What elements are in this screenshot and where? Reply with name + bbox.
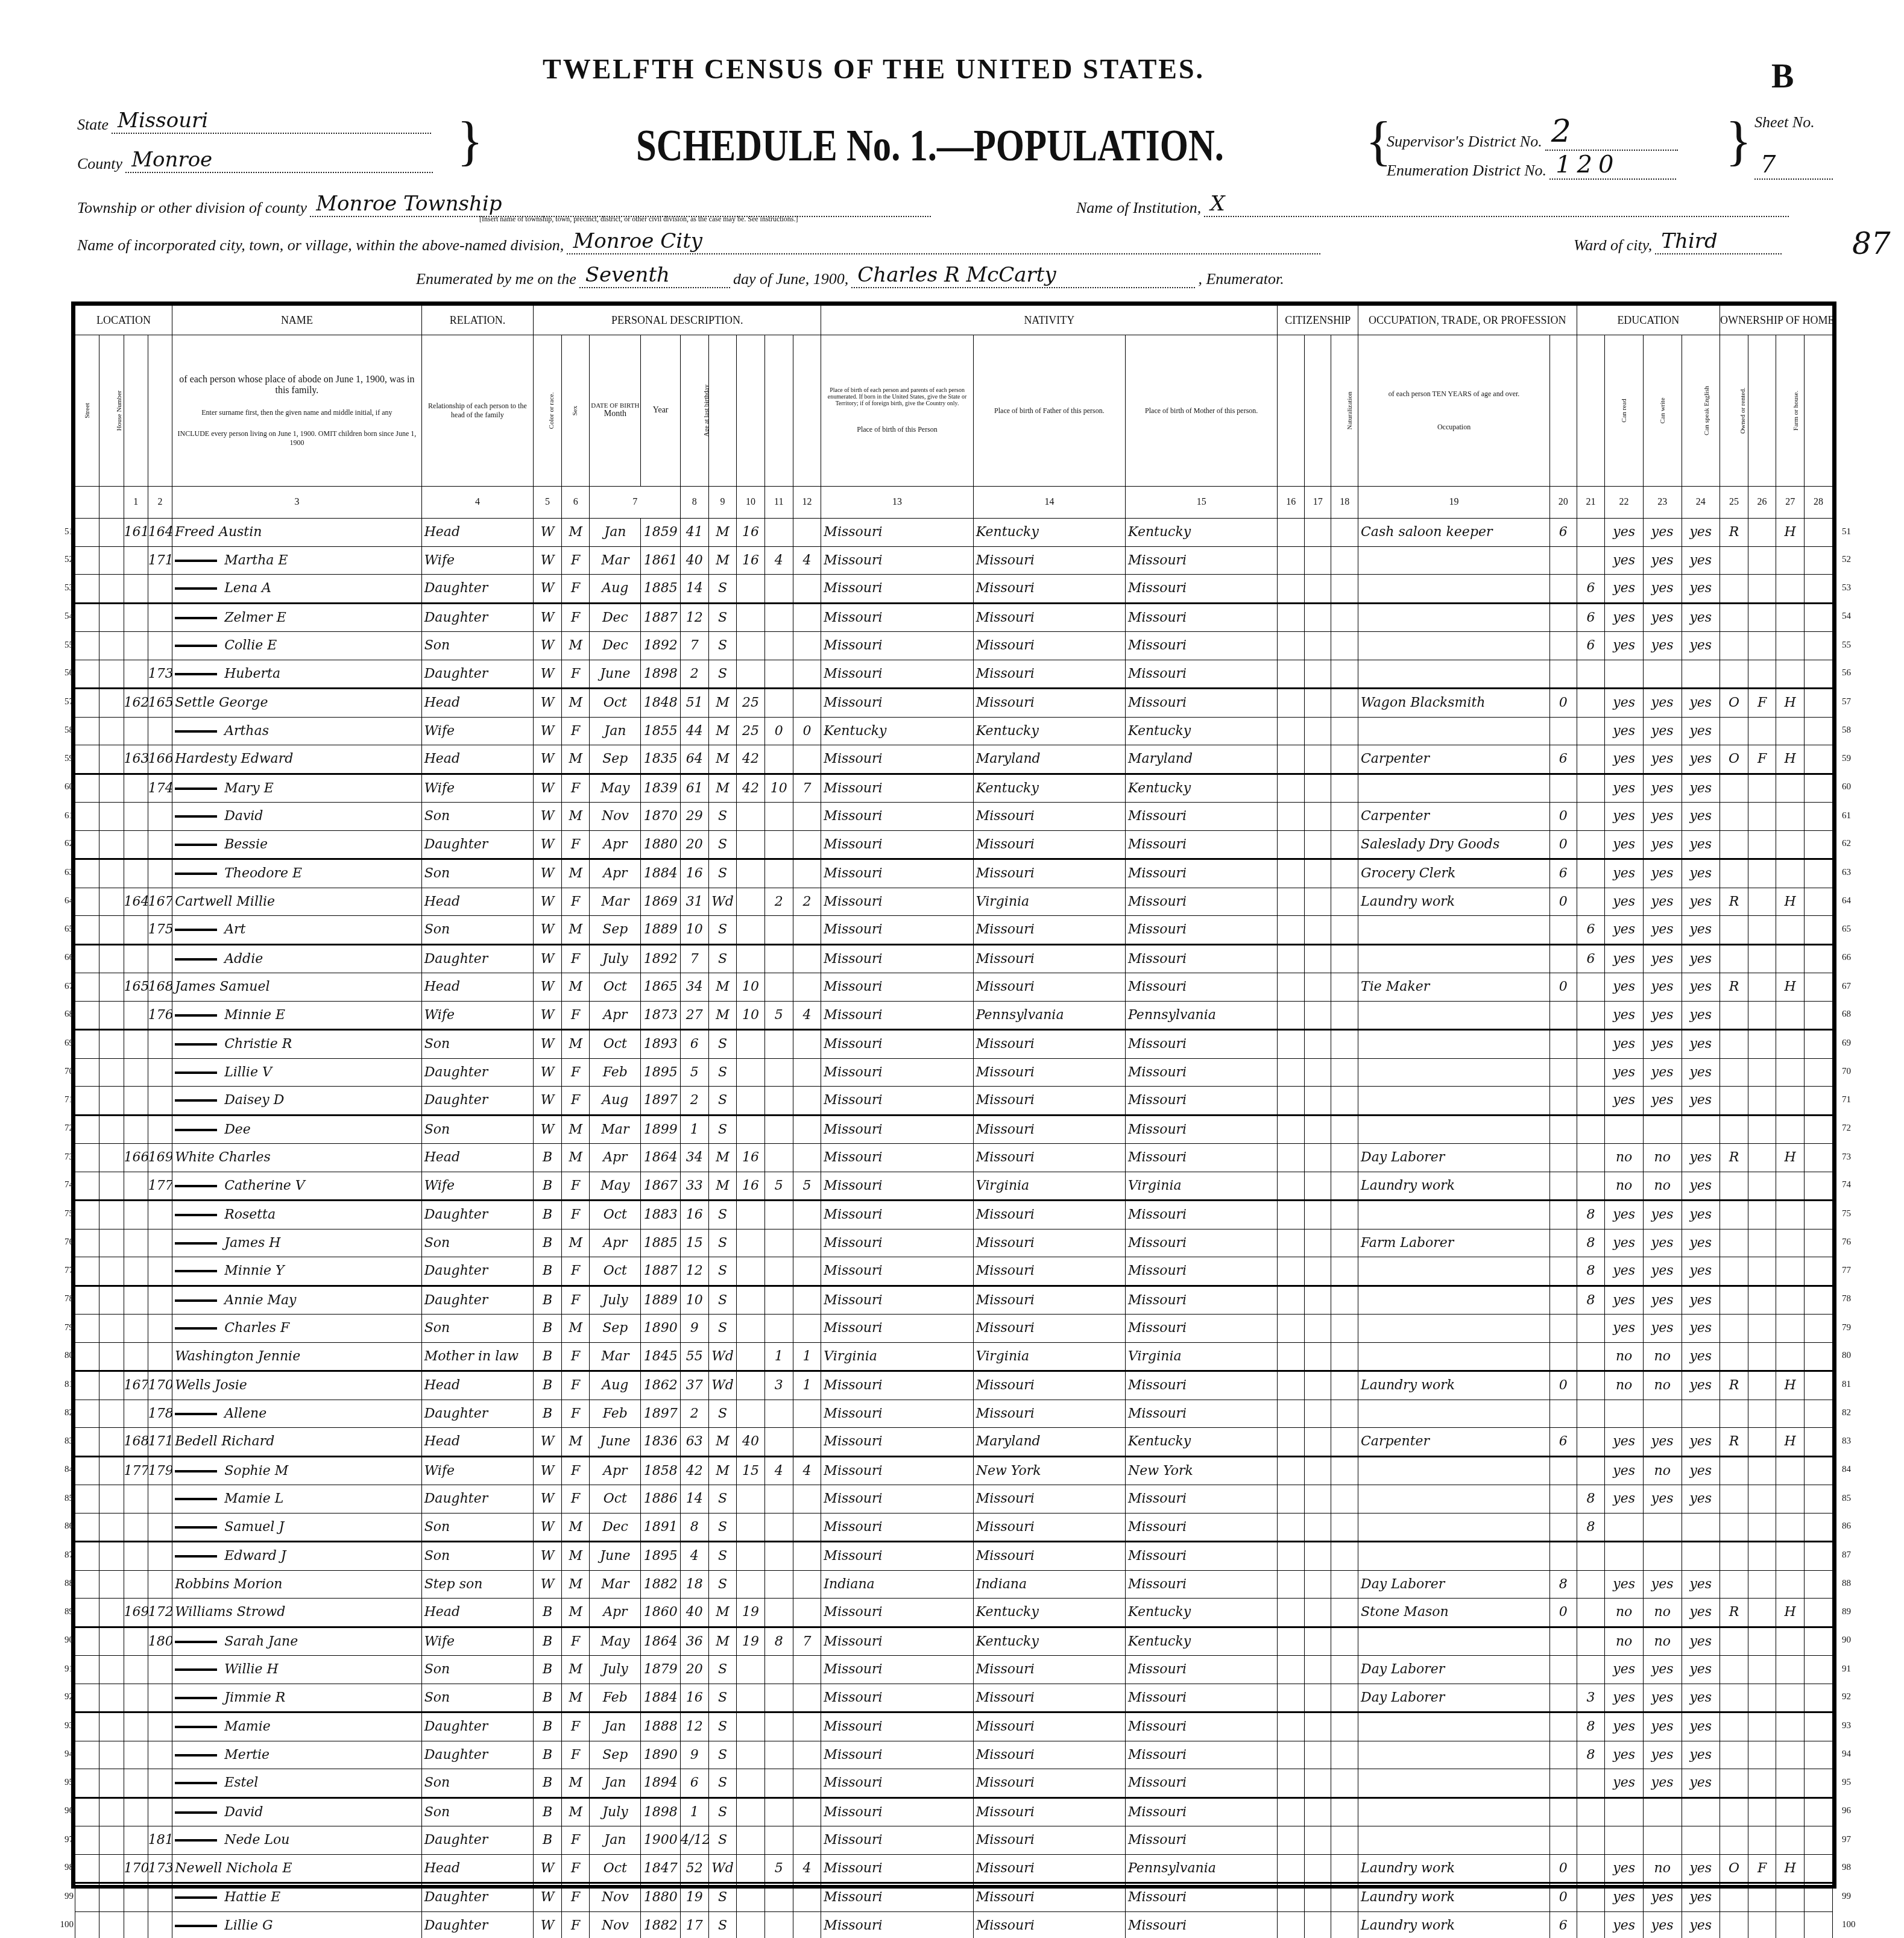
cell-rel: Wife <box>421 1627 534 1656</box>
ditto-dash <box>175 1014 217 1017</box>
cell-farm <box>1776 774 1805 803</box>
line-number: 58 <box>1842 725 1851 736</box>
cell-rel: Daughter <box>421 944 534 973</box>
cell-month: Oct <box>590 973 641 1002</box>
col-school: Attended school (in months) <box>1577 335 1605 487</box>
cell-h <box>99 1798 124 1826</box>
col-years-married: Number of years married <box>737 335 765 487</box>
cell-fam: 165 <box>148 689 172 718</box>
cell-fs <box>1805 745 1833 774</box>
cell-mort <box>1748 803 1776 831</box>
cell-month: Feb <box>590 1058 641 1087</box>
cell-mar: S <box>708 1542 737 1571</box>
cell-month: Apr <box>590 1456 641 1485</box>
cell-mar: S <box>708 575 737 604</box>
cell-cl: 7 <box>793 774 821 803</box>
cell-year: 1892 <box>641 944 681 973</box>
cell-read: no <box>1605 1172 1644 1201</box>
cell-dw: 177 <box>124 1456 148 1485</box>
cell-mar: S <box>708 1656 737 1684</box>
cell-farm <box>1776 1400 1805 1428</box>
cell-write: no <box>1643 1371 1682 1400</box>
cell-mpob: Missouri <box>1126 1257 1278 1286</box>
cell-sex: M <box>561 1684 590 1712</box>
cell-y <box>1304 575 1331 604</box>
cell-mu <box>1550 1769 1577 1798</box>
cell-n <box>1331 1769 1358 1798</box>
cell-sex: M <box>561 859 590 888</box>
cell-sex: F <box>561 546 590 575</box>
ward-value: Third <box>1655 229 1782 254</box>
ditto-dash <box>175 1526 217 1529</box>
cell-name: Allene <box>172 1400 422 1428</box>
cell-mu <box>1550 1712 1577 1741</box>
cell-y <box>1304 1201 1331 1229</box>
cell-dw <box>124 1315 148 1343</box>
cell-read: no <box>1605 1599 1644 1627</box>
cell-year: 1882 <box>641 1570 681 1599</box>
cell-month: July <box>590 1656 641 1684</box>
cell-mpob: Pennsylvania <box>1126 1001 1278 1030</box>
cell-year: 1858 <box>641 1456 681 1485</box>
cell-mpob: Pennsylvania <box>1126 1854 1278 1883</box>
cell-i <box>1278 916 1305 945</box>
cell-h <box>99 1201 124 1229</box>
cell-mort <box>1748 1172 1776 1201</box>
cell-cl <box>793 1485 821 1513</box>
cell-ym <box>737 944 765 973</box>
cell-sch: 8 <box>1577 1257 1605 1286</box>
cell-fs <box>1805 1513 1833 1542</box>
cell-s <box>75 1371 99 1400</box>
line-number: 76 <box>58 1237 74 1248</box>
cell-y <box>1304 546 1331 575</box>
cell-s <box>75 1513 99 1542</box>
cell-cl <box>793 1911 821 1938</box>
cell-mpob: Missouri <box>1126 1144 1278 1172</box>
cell-year: 1839 <box>641 774 681 803</box>
cell-mort <box>1748 859 1776 888</box>
cell-farm <box>1776 1342 1805 1371</box>
table-row: Hattie EDaughterWFNov188019SMissouriMiss… <box>75 1883 1833 1912</box>
table-row: Robbins MorionStep sonWMMar188218SIndian… <box>75 1570 1833 1599</box>
cell-read: yes <box>1605 1257 1644 1286</box>
cell-ym: 16 <box>737 1172 765 1201</box>
cell-sex: M <box>561 803 590 831</box>
cell-rel: Son <box>421 859 534 888</box>
cell-s <box>75 1428 99 1457</box>
cell-fam: 177 <box>148 1172 172 1201</box>
table-row: Annie MayDaughterBFJuly188910SMissouriMi… <box>75 1286 1833 1315</box>
cell-moc: 4 <box>764 1456 793 1485</box>
cell-occ: Day Laborer <box>1358 1684 1550 1712</box>
cell-i <box>1278 745 1305 774</box>
cell-h <box>99 859 124 888</box>
cell-occ <box>1358 1115 1550 1144</box>
cell-occ: Laundry work <box>1358 1911 1550 1938</box>
cell-mu <box>1550 575 1577 604</box>
cell-occ <box>1358 1485 1550 1513</box>
cell-sex: F <box>561 1400 590 1428</box>
cell-mar: Wd <box>708 888 737 916</box>
cell-sch <box>1577 1826 1605 1855</box>
cell-fpob: Missouri <box>973 1883 1125 1912</box>
col-street: Street <box>75 335 99 487</box>
cell-pob: Kentucky <box>821 717 973 745</box>
cell-year: 1859 <box>641 519 681 547</box>
cell-h <box>99 774 124 803</box>
cell-mpob: Kentucky <box>1126 1627 1278 1656</box>
brace-left: } <box>457 115 483 169</box>
cell-rel: Daughter <box>421 1485 534 1513</box>
cell-fam <box>148 1570 172 1599</box>
cell-sex: M <box>561 1513 590 1542</box>
line-number: 66 <box>1842 953 1851 963</box>
cell-sch: 8 <box>1577 1485 1605 1513</box>
cell-pob: Missouri <box>821 603 973 632</box>
cell-y <box>1304 1684 1331 1712</box>
cell-eng <box>1682 1513 1720 1542</box>
cell-month: Jan <box>590 1712 641 1741</box>
cell-i <box>1278 1229 1305 1257</box>
cell-occ <box>1358 1741 1550 1769</box>
cell-sch <box>1577 1542 1605 1571</box>
table-row: Lillie GDaughterWFNov188217SMissouriMiss… <box>75 1911 1833 1938</box>
line-number: 60 <box>58 782 74 792</box>
cell-n <box>1331 1570 1358 1599</box>
column-number: 21 <box>1577 487 1605 519</box>
cell-fam <box>148 1115 172 1144</box>
col-pob-father: Place of birth of Father of this person. <box>973 335 1125 487</box>
cell-read <box>1605 1798 1644 1826</box>
cell-eng: yes <box>1682 1342 1720 1371</box>
column-number: 28 <box>1805 487 1833 519</box>
cell-fpob: Missouri <box>973 1712 1125 1741</box>
cell-farm <box>1776 1911 1805 1938</box>
cell-dw <box>124 1883 148 1912</box>
cell-pob: Missouri <box>821 1428 973 1457</box>
cell-read: yes <box>1605 717 1644 745</box>
line-number: 60 <box>1842 782 1851 792</box>
cell-write: yes <box>1643 1741 1682 1769</box>
cell-eng: yes <box>1682 1371 1720 1400</box>
cell-i <box>1278 1712 1305 1741</box>
cell-name: Willie H <box>172 1656 422 1684</box>
cell-h <box>99 660 124 689</box>
cell-mort <box>1748 774 1776 803</box>
cell-ym <box>737 888 765 916</box>
cell-fpob: Missouri <box>973 1684 1125 1712</box>
cell-moc <box>764 660 793 689</box>
cell-color: W <box>534 1485 562 1513</box>
cell-read: yes <box>1605 1315 1644 1343</box>
cell-own <box>1720 859 1748 888</box>
cell-fs <box>1805 916 1833 945</box>
cell-mu <box>1550 1741 1577 1769</box>
cell-month: June <box>590 1542 641 1571</box>
cell-s <box>75 717 99 745</box>
cell-rel: Daughter <box>421 1087 534 1116</box>
cell-moc <box>764 1883 793 1912</box>
cell-name: Freed Austin <box>172 519 422 547</box>
cell-n <box>1331 1485 1358 1513</box>
ditto-dash <box>175 1697 217 1699</box>
cell-eng: yes <box>1682 1201 1720 1229</box>
cell-sch <box>1577 973 1605 1002</box>
cell-year: 1895 <box>641 1058 681 1087</box>
cell-fam <box>148 1315 172 1343</box>
cell-eng: yes <box>1682 632 1720 660</box>
cell-name: Jimmie R <box>172 1684 422 1712</box>
line-number: 71 <box>1842 1095 1851 1105</box>
cell-age: 5 <box>681 1058 709 1087</box>
cell-i <box>1278 632 1305 660</box>
cell-read: yes <box>1605 1684 1644 1712</box>
cell-fam <box>148 1342 172 1371</box>
cell-pob: Missouri <box>821 546 973 575</box>
cell-ym <box>737 859 765 888</box>
cell-pob: Missouri <box>821 1001 973 1030</box>
cell-y <box>1304 944 1331 973</box>
ditto-dash <box>175 1754 217 1757</box>
cell-n <box>1331 1400 1358 1428</box>
cell-color: W <box>534 1513 562 1542</box>
cell-fam: 166 <box>148 745 172 774</box>
cell-i <box>1278 1684 1305 1712</box>
cell-mar: S <box>708 1257 737 1286</box>
cell-fpob: Virginia <box>973 1172 1125 1201</box>
ditto-dash <box>175 1925 217 1927</box>
table-row: 175ArtSonWMSep188910SMissouriMissouriMis… <box>75 916 1833 945</box>
cell-name: Sophie M <box>172 1456 422 1485</box>
cell-eng: yes <box>1682 1854 1720 1883</box>
cell-n <box>1331 1883 1358 1912</box>
cell-moc <box>764 1769 793 1798</box>
cell-fs <box>1805 830 1833 859</box>
cell-write: yes <box>1643 859 1682 888</box>
cell-fam <box>148 717 172 745</box>
cell-moc <box>764 1257 793 1286</box>
cell-fpob: Kentucky <box>973 1599 1125 1627</box>
cell-moc <box>764 1428 793 1457</box>
cell-age: 14 <box>681 1485 709 1513</box>
table-row: MertieDaughterBFSep18909SMissouriMissour… <box>75 1741 1833 1769</box>
cell-fpob: Missouri <box>973 1115 1125 1144</box>
cell-pob: Missouri <box>821 1172 973 1201</box>
cell-name: Bessie <box>172 830 422 859</box>
cell-rel: Head <box>421 745 534 774</box>
cell-ym <box>737 1315 765 1343</box>
cell-eng: yes <box>1682 1769 1720 1798</box>
cell-fpob: Missouri <box>973 689 1125 718</box>
cell-mu <box>1550 1627 1577 1656</box>
cell-y <box>1304 859 1331 888</box>
cell-own <box>1720 1456 1748 1485</box>
cell-name: Samuel J <box>172 1513 422 1542</box>
cell-dw: 166 <box>124 1144 148 1172</box>
cell-i <box>1278 1087 1305 1116</box>
cell-month: May <box>590 774 641 803</box>
cell-mu: 0 <box>1550 1371 1577 1400</box>
cell-eng: yes <box>1682 519 1720 547</box>
line-number: 79 <box>58 1323 74 1333</box>
cell-mu <box>1550 1257 1577 1286</box>
cell-ym <box>737 1513 765 1542</box>
cell-read: yes <box>1605 1741 1644 1769</box>
cell-h <box>99 1229 124 1257</box>
cell-name: Zelmer E <box>172 603 422 632</box>
cell-cl <box>793 1030 821 1059</box>
cell-read: yes <box>1605 1229 1644 1257</box>
cell-own <box>1720 1115 1748 1144</box>
cell-rel: Daughter <box>421 830 534 859</box>
cell-pob: Missouri <box>821 519 973 547</box>
cell-own: O <box>1720 745 1748 774</box>
cell-ym <box>737 1769 765 1798</box>
county-value: Monroe <box>125 148 433 173</box>
line-number: 54 <box>58 611 74 622</box>
cell-write: yes <box>1643 1769 1682 1798</box>
cell-color: W <box>534 575 562 604</box>
cell-sex: M <box>561 632 590 660</box>
cell-name: Mertie <box>172 1741 422 1769</box>
cell-fs <box>1805 803 1833 831</box>
county-label: County <box>77 155 122 172</box>
cell-color: W <box>534 1911 562 1938</box>
line-number: 52 <box>58 555 74 565</box>
cell-moc <box>764 1826 793 1855</box>
cell-color: W <box>534 859 562 888</box>
cell-mar: S <box>708 1826 737 1855</box>
cell-fs <box>1805 1854 1833 1883</box>
cell-n <box>1331 1656 1358 1684</box>
cell-sex: M <box>561 916 590 945</box>
cell-cl <box>793 575 821 604</box>
cell-mu <box>1550 1201 1577 1229</box>
cell-month: May <box>590 1172 641 1201</box>
cell-sch <box>1577 689 1605 718</box>
cell-s <box>75 1769 99 1798</box>
cell-fpob: Missouri <box>973 1798 1125 1826</box>
cell-moc: 10 <box>764 774 793 803</box>
cell-pob: Missouri <box>821 1542 973 1571</box>
cell-moc <box>764 632 793 660</box>
line-number: 81 <box>58 1380 74 1390</box>
cell-farm <box>1776 575 1805 604</box>
table-row: EstelSonBMJan18946SMissouriMissouriMisso… <box>75 1769 1833 1798</box>
cell-color: W <box>534 1058 562 1087</box>
cell-h <box>99 745 124 774</box>
cell-dw: 161 <box>124 519 148 547</box>
cell-occ: Laundry work <box>1358 1883 1550 1912</box>
line-number: 56 <box>58 668 74 678</box>
cell-rel: Wife <box>421 546 534 575</box>
cell-read: yes <box>1605 632 1644 660</box>
cell-moc: 3 <box>764 1371 793 1400</box>
cell-fs <box>1805 1144 1833 1172</box>
cell-eng: yes <box>1682 1456 1720 1485</box>
cell-age: 6 <box>681 1769 709 1798</box>
cell-mar: Wd <box>708 1342 737 1371</box>
cell-fs <box>1805 689 1833 718</box>
cell-color: W <box>534 546 562 575</box>
cell-fpob: Missouri <box>973 575 1125 604</box>
cell-eng: yes <box>1682 1257 1720 1286</box>
cell-fpob: Missouri <box>973 1030 1125 1059</box>
cell-sch: 8 <box>1577 1201 1605 1229</box>
cell-eng: yes <box>1682 1030 1720 1059</box>
cell-mpob: Virginia <box>1126 1342 1278 1371</box>
cell-name: Rosetta <box>172 1201 422 1229</box>
cell-moc <box>764 575 793 604</box>
cell-n <box>1331 1144 1358 1172</box>
cell-pob: Virginia <box>821 1342 973 1371</box>
cell-color: W <box>534 803 562 831</box>
cell-age: 1 <box>681 1798 709 1826</box>
cell-mu <box>1550 1115 1577 1144</box>
cell-color: W <box>534 519 562 547</box>
cell-y <box>1304 1371 1331 1400</box>
cell-pob: Missouri <box>821 1712 973 1741</box>
cell-fpob: Kentucky <box>973 1627 1125 1656</box>
cell-i <box>1278 1400 1305 1428</box>
cell-mar: S <box>708 660 737 689</box>
township-field: Township or other division of county Mon… <box>77 192 931 217</box>
cell-write <box>1643 1513 1682 1542</box>
cell-mar: S <box>708 944 737 973</box>
cell-eng: yes <box>1682 1286 1720 1315</box>
column-number: 6 <box>561 487 590 519</box>
cell-moc <box>764 1030 793 1059</box>
cell-own: R <box>1720 519 1748 547</box>
cell-s <box>75 1570 99 1599</box>
cell-fs <box>1805 1627 1833 1656</box>
cell-moc: 5 <box>764 1172 793 1201</box>
cell-eng: yes <box>1682 916 1720 945</box>
cell-own <box>1720 1712 1748 1741</box>
cell-month: Dec <box>590 632 641 660</box>
cell-mar: S <box>708 1058 737 1087</box>
cell-ym <box>737 1371 765 1400</box>
cell-sex: F <box>561 1485 590 1513</box>
cell-rel: Wife <box>421 1001 534 1030</box>
cell-year: 1855 <box>641 717 681 745</box>
cell-write: no <box>1643 1144 1682 1172</box>
cell-own <box>1720 660 1748 689</box>
cell-s <box>75 1854 99 1883</box>
cell-color: W <box>534 1115 562 1144</box>
cell-h <box>99 1315 124 1343</box>
line-number: 61 <box>1842 811 1851 821</box>
cell-dw: 163 <box>124 745 148 774</box>
cell-eng: yes <box>1682 1712 1720 1741</box>
cell-ym <box>737 1229 765 1257</box>
table-row: Willie HSonBMJuly187920SMissouriMissouri… <box>75 1656 1833 1684</box>
cell-write: yes <box>1643 1911 1682 1938</box>
cell-fs <box>1805 1599 1833 1627</box>
cell-moc <box>764 830 793 859</box>
cell-eng: yes <box>1682 1741 1720 1769</box>
cell-fam <box>148 859 172 888</box>
cell-age: 7 <box>681 944 709 973</box>
cell-i <box>1278 717 1305 745</box>
cell-mpob: Missouri <box>1126 1741 1278 1769</box>
cell-color: B <box>534 1656 562 1684</box>
cell-s <box>75 660 99 689</box>
cell-fs <box>1805 1570 1833 1599</box>
cell-mort <box>1748 973 1776 1002</box>
group-occupation: OCCUPATION, TRADE, OR PROFESSION <box>1358 306 1577 335</box>
